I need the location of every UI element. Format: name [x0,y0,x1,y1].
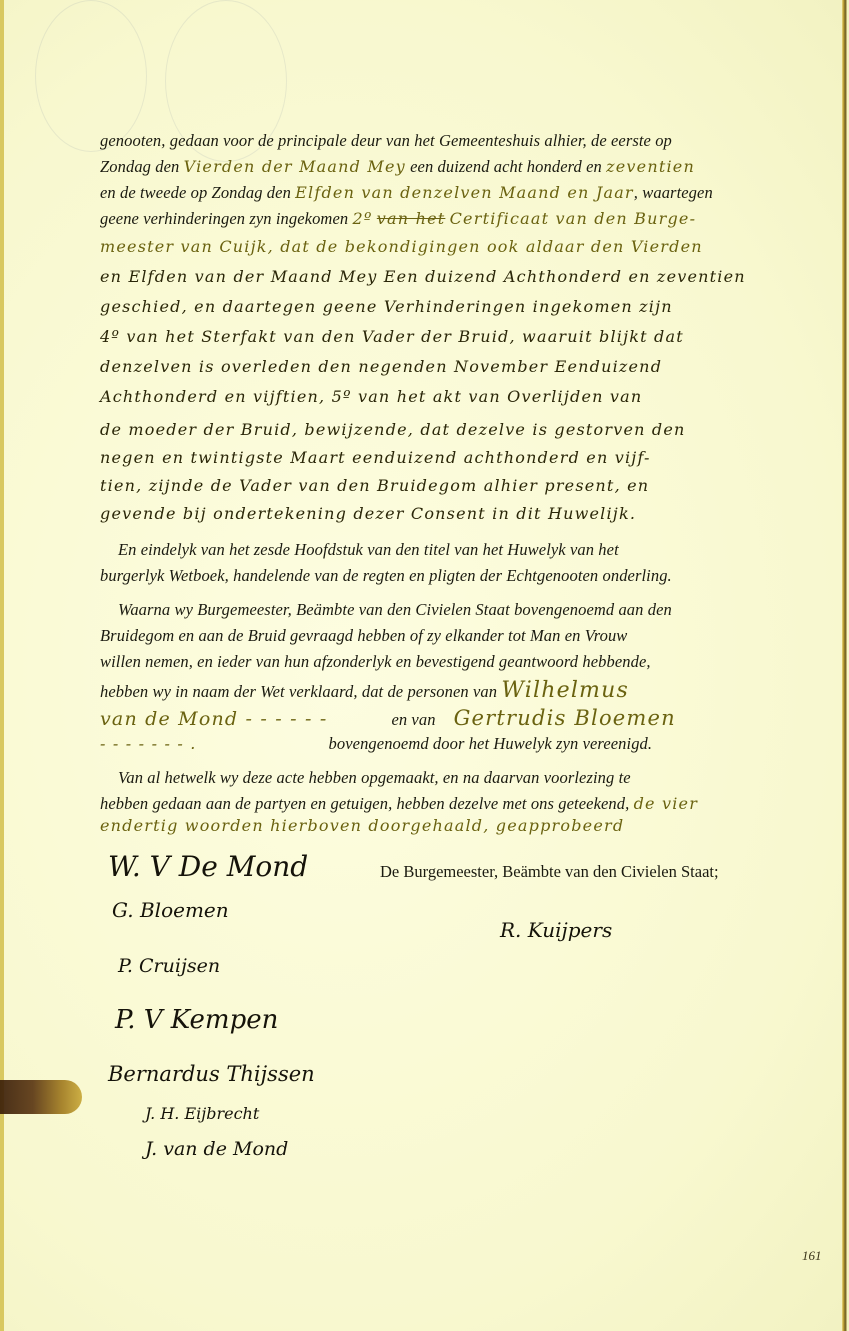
handwritten-line: endertig woorden hierboven doorgehaald, … [100,816,624,835]
signature-witness: J. H. Eijbrecht [145,1104,259,1123]
printed-text: geene verhinderingen zyn ingekomen [100,209,348,228]
handwritten-insert: Certificaat van den Burge- [450,209,697,228]
signature-bride: G. Bloemen [112,898,229,922]
handwritten-insert: Vierden der Maand Mey [184,157,406,176]
signature-witness: P. V Kempen [115,1005,278,1035]
groom-surname: van de Mond - - - - - - [100,708,327,730]
ink-stain [0,1080,82,1114]
handwritten-line: meester van Cuijk, dat de bekondigingen … [100,237,703,256]
signature-mayor: R. Kuijpers [500,918,612,942]
page-binding-edge [842,0,847,1331]
signature-witness: P. Cruijsen [118,955,220,977]
printed-line: burgerlyk Wetboek, handelende van de reg… [100,566,672,586]
bride-name: Gertrudis Bloemen [454,706,676,730]
handwritten-insert: 2º [352,209,372,228]
handwritten-line: gevende bij ondertekening dezer Consent … [100,504,636,523]
printed-text: een duizend acht honderd en [410,157,602,176]
printed-line: Waarna wy Burgemeester, Beämbte van den … [118,600,672,620]
filler-dashes: - - - - - - - . [100,734,197,753]
printed-text: en van [391,710,435,729]
handwritten-line: 4º van het Sterfakt van den Vader der Br… [100,327,684,346]
names-line: van de Mond - - - - - - en van Gertrudis… [100,706,676,730]
printed-line: Bruidegom en aan de Bruid gevraagd hebbe… [100,626,627,646]
printed-text: Zondag den [100,157,179,176]
printed-line: Zondag den Vierden der Maand Mey een dui… [100,157,695,177]
handwritten-line: de moeder der Bruid, bewijzende, dat dez… [100,420,686,439]
printed-line: en de tweede op Zondag den Elfden van de… [100,183,713,203]
handwritten-insert: zeventien [606,157,695,176]
signature-father: J. van de Mond [145,1138,288,1160]
printed-text: genooten, gedaan voor de principale deur… [100,131,672,150]
struck-text: van het [377,209,446,228]
handwritten-line: geschied, en daartegen geene Verhinderin… [100,297,673,316]
printed-line: - - - - - - - . bovengenoemd door het Hu… [100,734,652,754]
handwritten-line: denzelven is overleden den negenden Nove… [100,357,662,376]
printed-line: geene verhinderingen zyn ingekomen 2º va… [100,209,696,229]
handwritten-insert: Elfden van denzelven Maand en Jaar [295,183,634,202]
handwritten-line: tien, zijnde de Vader van den Bruidegom … [100,476,649,495]
printed-text: hebben gedaan aan de partyen en getuigen… [100,794,629,813]
printed-line: Van al hetwelk wy deze acte hebben opgem… [118,768,631,788]
printed-text: bovengenoemd door het Huwelyk zyn vereen… [329,734,653,753]
faint-stamp-left [35,0,147,152]
printed-line: En eindelyk van het zesde Hoofdstuk van … [118,540,619,560]
groom-first-name: Wilhelmus [501,678,629,703]
document-page: genooten, gedaan voor de principale deur… [0,0,849,1331]
handwritten-line: Achthonderd en vijftien, 5º van het akt … [100,387,642,406]
page-left-edge [0,0,4,1331]
printed-line: willen nemen, en ieder van hun afzonderl… [100,652,651,672]
printed-line: genooten, gedaan voor de principale deur… [100,131,672,151]
printed-text: hebben wy in naam der Wet verklaard, dat… [100,682,497,701]
signature-groom: W. V De Mond [108,850,308,883]
printed-line: hebben wy in naam der Wet verklaard, dat… [100,678,629,703]
folio-number: 161 [802,1248,822,1264]
mayor-caption: De Burgemeester, Beämbte van den Civiele… [380,862,719,882]
signature-witness: Bernardus Thijssen [108,1062,315,1086]
printed-text: en de tweede op Zondag den [100,183,291,202]
printed-line: hebben gedaan aan de partyen en getuigen… [100,794,698,814]
handwritten-insert: de vier [634,794,698,813]
handwritten-line: en Elfden van der Maand Mey Een duizend … [100,267,746,286]
printed-text: , waartegen [634,183,713,202]
handwritten-line: negen en twintigste Maart eenduizend ach… [100,448,651,467]
